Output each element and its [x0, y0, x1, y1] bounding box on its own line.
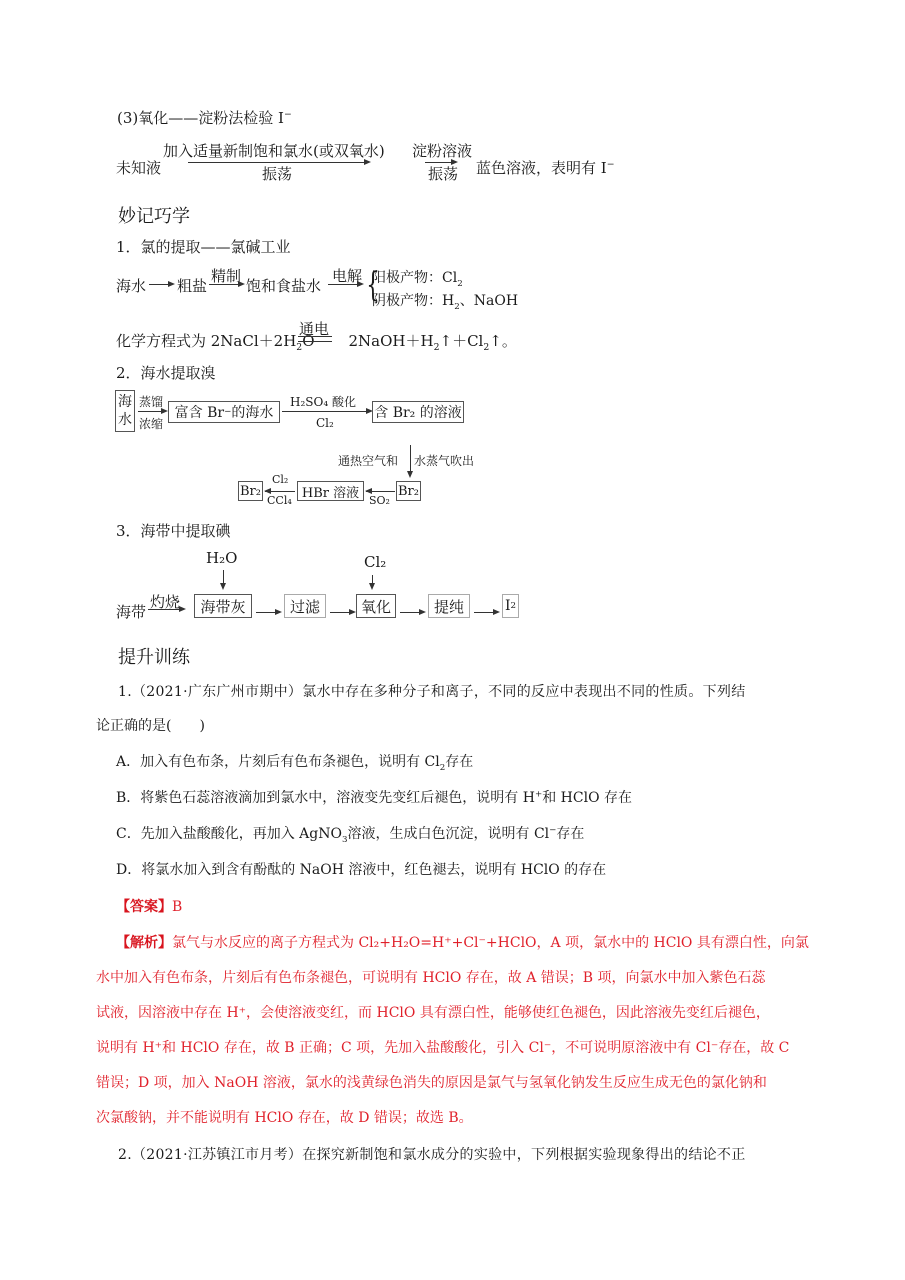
- flow-node-brine: 饱和食盐水: [246, 275, 321, 296]
- q1-analysis-line-5: 错误；D 项，加入 NaOH 溶液，氯水的浅黄绿色消失的原因是氯气与氢氧化钠发生…: [96, 1072, 767, 1092]
- down-label-left: 通热空气和: [338, 452, 398, 469]
- arrow-line: [282, 411, 368, 412]
- box-kelp-ash: 海带灰: [194, 594, 252, 618]
- q2-stem-line1: 2.（2021·江苏镇江市月考）在探究新制饱和氯水成分的实验中，下列根据实验现象…: [118, 1144, 746, 1164]
- flow-node-kelp: 海带: [116, 601, 146, 622]
- anode-text: 阳极产物：Cl: [372, 270, 457, 286]
- option-a-after: 存在: [445, 754, 473, 770]
- flow-node-seawater: 海水: [116, 275, 146, 296]
- arrow-label-concentrate: 浓缩: [139, 415, 163, 432]
- arrow-head-icon: [357, 281, 364, 287]
- section3-step1-top: 加入适量新制饱和氯水(或双氧水): [163, 140, 385, 161]
- superscript: −: [607, 159, 615, 170]
- section3-step2-top: 淀粉溶液: [412, 140, 472, 161]
- box-br2-solution-text: 含 Br₂ 的溶液: [374, 402, 462, 422]
- equation-right-2: ↑＋Cl: [440, 332, 484, 350]
- box-seawater-bottom: 水: [118, 411, 132, 429]
- box-br2-solution: 含 Br₂ 的溶液: [372, 401, 464, 423]
- box-kelp-ash-text: 海带灰: [200, 596, 245, 617]
- section3-result: 蓝色溶液，表明有 I−: [476, 157, 615, 178]
- practice-heading: 提升训练: [118, 643, 190, 669]
- q1-analysis-line-4: 说明有 H⁺和 HClO 存在，故 B 正确；C 项，先加入盐酸酸化，引入 Cl…: [96, 1037, 789, 1057]
- item3-title: 3．海带中提取碘: [116, 520, 231, 541]
- arrow-down-icon: [220, 583, 226, 590]
- arrow-line: [400, 612, 420, 613]
- q1-option-a[interactable]: A．加入有色布条，片刻后有色布条褪色，说明有 Cl2存在: [116, 751, 473, 773]
- box-seawater-top: 海: [118, 393, 132, 411]
- arrow-line: [474, 612, 494, 613]
- arrow-head-icon: [168, 281, 175, 287]
- q1-answer: 【答案】B: [116, 896, 182, 916]
- option-c-after2: 存在: [556, 826, 584, 842]
- answer-value: B: [172, 899, 182, 915]
- box-hbr-text: HBr 溶液: [302, 482, 359, 501]
- section3-title-text: (3)氧化——淀粉法检验 I: [117, 109, 284, 127]
- down-label-right: 水蒸气吹出: [414, 452, 474, 469]
- option-b-text: B．将紫色石蕊溶液滴加到氯水中，溶液变先变红后褪色，说明有 H: [116, 790, 535, 806]
- box-filter: 过滤: [284, 594, 326, 618]
- arrow-head-icon: [238, 281, 245, 287]
- arrow-line: [149, 284, 169, 285]
- option-a-text: A．加入有色布条，片刻后有色布条褪色，说明有 Cl: [116, 754, 440, 770]
- arrow-head-icon: [493, 609, 500, 615]
- q1-analysis-line-6: 次氯酸钠，并不能说明有 HClO 存在，故 D 错误；故选 B。: [96, 1107, 473, 1127]
- option-c-text: C．先加入盐酸酸化，再加入 AgNO: [116, 826, 342, 842]
- section3-title: (3)氧化——淀粉法检验 I−: [117, 107, 292, 128]
- arrow-head-icon: [179, 606, 186, 612]
- option-b-after: 和 HClO 存在: [542, 790, 632, 806]
- box-purify: 提纯: [428, 594, 470, 618]
- q1-analysis-line-1: 【解析】氯气与水反应的离子方程式为 Cl₂+H₂O=H⁺+Cl⁻+HClO，A …: [116, 932, 809, 952]
- q1-option-c[interactable]: C．先加入盐酸酸化，再加入 AgNO3溶液，生成白色沉淀，说明有 Cl−存在: [116, 823, 584, 845]
- box-rich-text: 富含 Br: [175, 402, 224, 422]
- arrow-down-icon: [369, 583, 375, 590]
- box-seawater: 海 水: [115, 390, 135, 432]
- box-oxidize-text: 氧化: [361, 596, 391, 617]
- box-purify-text: 提纯: [434, 596, 464, 617]
- q1-stem-line1: 1.（2021·广东广州市期中）氯水中存在多种分子和离子，不同的反应中表现出不同…: [118, 681, 746, 701]
- answer-label: 【答案】: [116, 899, 172, 915]
- q1-stem-line2: 论正确的是( ): [96, 715, 205, 735]
- box-br-rich-seawater: 富含 Br−的海水: [168, 401, 280, 423]
- cathode-rest: 、NaOH: [460, 293, 518, 309]
- q1-option-b[interactable]: B．将紫色石蕊溶液滴加到氯水中，溶液变先变红后褪色，说明有 H+和 HClO 存…: [116, 787, 632, 807]
- superscript: −: [224, 407, 231, 417]
- box-rich-end: 的海水: [231, 402, 273, 422]
- cathode-text: 阴极产物：H: [372, 293, 454, 309]
- tips-heading: 妙记巧学: [118, 202, 190, 228]
- q1-analysis-line-3: 试液，因溶液中存在 H⁺，会使溶液变红，而 HClO 具有漂白性，能够使红色褪色…: [96, 1002, 770, 1022]
- arrow-label-distill: 蒸馏: [139, 393, 163, 410]
- arrow-line-vertical: [410, 445, 411, 473]
- arrow-label-cl2: Cl₂: [316, 416, 334, 430]
- box-br2-right-text: Br₂: [398, 484, 419, 499]
- arrow-line: [330, 612, 350, 613]
- box-br2-right: Br₂: [396, 481, 421, 501]
- arrow-line: [148, 609, 180, 610]
- arrow-line: [256, 612, 276, 613]
- reagent-cl2: Cl₂: [364, 553, 386, 571]
- arrow-down-icon: [407, 471, 413, 478]
- option-c-after: 溶液，生成白色沉淀，说明有 Cl: [348, 826, 550, 842]
- arrow-label-so2: SO₂: [369, 494, 390, 507]
- arrow-head-icon: [161, 408, 168, 414]
- arrow-label-refine: 精制: [211, 265, 241, 286]
- reagent-h2o: H₂O: [206, 549, 237, 567]
- item2-title: 2．海水提取溴: [116, 362, 216, 383]
- arrow-line-vertical: [223, 570, 224, 584]
- double-line-equals: [298, 336, 332, 342]
- box-hbr-solution: HBr 溶液: [297, 481, 364, 501]
- arrow-label-ccl4: CCl₄: [267, 494, 292, 507]
- box-br2-left-text: Br₂: [240, 484, 261, 499]
- arrow-label-acidify: H₂SO₄ 酸化: [290, 393, 356, 410]
- box-br2-left: Br₂: [238, 481, 263, 501]
- q1-option-d[interactable]: D．将氯水加入到含有酚酞的 NaOH 溶液中，红色褪去，说明有 HClO 的存在: [116, 859, 606, 879]
- equation-left: 化学方程式为 2NaCl＋2H: [116, 332, 296, 350]
- arrow-head-icon: [275, 609, 282, 615]
- item1-title: 1．氯的提取——氯碱工业: [116, 236, 291, 257]
- anode-product: 阳极产物：Cl2: [372, 267, 463, 289]
- box-iodine: I2: [502, 594, 519, 618]
- section3-step1-bottom: 振荡: [262, 163, 292, 184]
- box-filter-text: 过滤: [290, 596, 320, 617]
- arrow-line: [328, 284, 358, 285]
- arrow-line: [138, 411, 163, 412]
- section3-start: 未知液: [116, 157, 161, 178]
- analysis-text: 氯气与水反应的离子方程式为 Cl₂+H₂O=H⁺+Cl⁻+HClO，A 项，氯水…: [172, 935, 809, 951]
- arrow-label-cl2-bottom: Cl₂: [272, 473, 288, 486]
- superscript: −: [284, 109, 292, 120]
- analysis-label: 【解析】: [116, 935, 172, 951]
- arrow-head-icon: [364, 159, 371, 165]
- flow-node-crude-salt: 粗盐: [177, 275, 207, 296]
- arrow-line: [209, 284, 239, 285]
- box-oxidize: 氧化: [356, 594, 396, 618]
- arrow-head-icon: [349, 609, 356, 615]
- subscript: 2: [457, 279, 463, 289]
- section3-result-text: 蓝色溶液，表明有 I: [476, 159, 607, 177]
- equation-right: 2NaOH＋H: [349, 332, 434, 350]
- q1-analysis-line-2: 水中加入有色布条，片刻后有色布条褪色，可说明有 HClO 存在，故 A 错误；B…: [96, 967, 766, 987]
- subscript: 2: [511, 601, 517, 611]
- cathode-product: 阴极产物：H2、NaOH: [372, 290, 518, 312]
- equation-end: ↑。: [489, 332, 517, 350]
- section3-step2-bottom: 振荡: [428, 163, 458, 184]
- arrow-head-icon: [419, 609, 426, 615]
